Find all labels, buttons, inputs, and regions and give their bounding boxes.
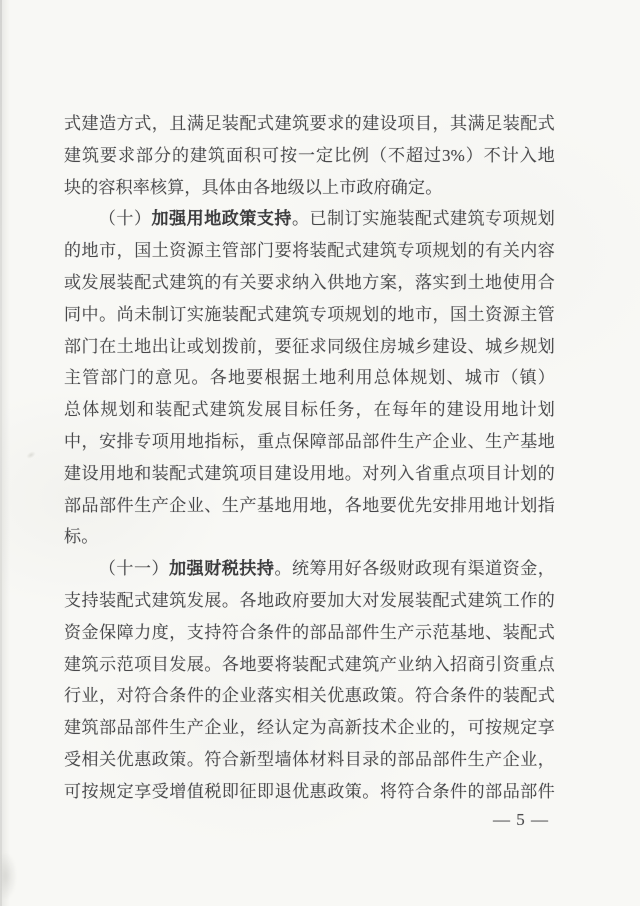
text-line: 部品部件生产企业、生产基地用地，各地要优先安排用地计划指 [64,490,555,522]
scan-edge-shadow [2,0,10,906]
text-line: 行业，对符合条件的企业落实相关优惠政策。符合条件的装配式 [64,680,555,712]
text-line: 的地市，国土资源主管部门要将装配式建筑专项规划的有关内容 [64,235,555,267]
text-line: 可按规定享受增值税即征即退优惠政策。将符合条件的部品部件 [64,776,555,808]
paragraph-text: 。统筹用好各级财政现有渠道资金， [274,559,555,578]
text-line: 建筑示范项目发展。各地要将装配式建筑产业纳入招商引资重点 [64,649,555,681]
paragraph-text: 。已制订实施装配式建筑专项规划 [292,209,555,228]
text-line: 建筑部品部件生产企业，经认定为高新技术企业的，可按规定享 [64,712,555,744]
text-line: 资金保障力度，支持符合条件的部品部件生产示范基地、装配式 [64,617,555,649]
paragraph-text: 建筑要求部分的建筑面积可按一定比例（不超过3%）不计入地 [64,146,555,165]
paragraph-text: 受相关优惠政策。符合新型墙体材料目录的部品部件生产企业， [64,750,555,769]
text-line: （十一）加强财税扶持。统筹用好各级财政现有渠道资金， [64,553,555,585]
scanned-document-page: 式建造方式，且满足装配式建筑要求的建设项目，其满足装配式建筑要求部分的建筑面积可… [0,0,640,906]
text-line: 部门在土地出让或划拨前，要征求同级住房城乡建设、城乡规划 [64,331,555,363]
paragraph-text: 部品部件生产企业、生产基地用地，各地要优先安排用地计划指 [64,496,555,515]
text-line: 或发展装配式建筑的有关要求纳入供地方案，落实到土地使用合 [64,267,555,299]
paragraph-text: 资金保障力度，支持符合条件的部品部件生产示范基地、装配式 [64,623,555,642]
text-line: 块的容积率核算，具体由各地级以上市政府确定。 [64,172,555,204]
text-line: 建设用地和装配式建筑项目建设用地。对列入省重点项目计划的 [64,458,555,490]
paragraph-text: 式建造方式，且满足装配式建筑要求的建设项目，其满足装配式 [64,114,555,133]
text-line: 式建造方式，且满足装配式建筑要求的建设项目，其满足装配式 [64,108,555,140]
paragraph-text: 或发展装配式建筑的有关要求纳入供地方案，落实到土地使用合 [64,273,555,292]
text-line: 建筑要求部分的建筑面积可按一定比例（不超过3%）不计入地 [64,140,555,172]
paragraph-text: 行业，对符合条件的企业落实相关优惠政策。符合条件的装配式 [64,686,555,705]
paragraph-number: （十一） [99,559,169,578]
text-line: 支持装配式建筑发展。各地政府要加大对发展装配式建筑工作的 [64,585,555,617]
paragraph-text: 标。 [64,527,98,546]
paragraph-text: 同中。尚未制订实施装配式建筑专项规划的地市，国土资源主管 [64,305,555,324]
paragraph-text: 主管部门的意见。各地要根据土地利用总体规划、城市（镇） [64,368,555,387]
paragraph-text: 建设用地和装配式建筑项目建设用地。对列入省重点项目计划的 [64,464,555,483]
paragraph-heading: 加强财税扶持 [169,559,274,578]
paragraph-text: 总体规划和装配式建筑发展目标任务，在每年的建设用地计划 [64,400,555,419]
text-line: 主管部门的意见。各地要根据土地利用总体规划、城市（镇） [64,362,555,394]
document-body: 式建造方式，且满足装配式建筑要求的建设项目，其满足装配式建筑要求部分的建筑面积可… [64,108,555,808]
paragraph-text: 可按规定享受增值税即征即退优惠政策。将符合条件的部品部件 [64,782,555,801]
paragraph-number: （十） [99,209,152,228]
paragraph-text: 块的容积率核算，具体由各地级以上市政府确定。 [64,178,442,197]
paragraph-text: 支持装配式建筑发展。各地政府要加大对发展装配式建筑工作的 [64,591,555,610]
paragraph-heading: 加强用地政策支持 [152,209,292,228]
page-number: — 5 — [493,808,549,832]
text-line: （十）加强用地政策支持。已制订实施装配式建筑专项规划 [64,203,555,235]
text-line: 总体规划和装配式建筑发展目标任务，在每年的建设用地计划 [64,394,555,426]
paragraph-text: 中，安排专项用地指标，重点保障部品部件生产企业、生产基地 [64,432,555,451]
text-line: 同中。尚未制订实施装配式建筑专项规划的地市，国土资源主管 [64,299,555,331]
text-line: 标。 [64,521,555,553]
paragraph-text: 建筑部品部件生产企业，经认定为高新技术企业的，可按规定享 [64,718,555,737]
scan-speck [25,450,37,460]
paragraph-text: 的地市，国土资源主管部门要将装配式建筑专项规划的有关内容 [64,241,555,260]
paragraph-text: 部门在土地出让或划拨前，要征求同级住房城乡建设、城乡规划 [64,337,555,356]
text-line: 中，安排专项用地指标，重点保障部品部件生产企业、生产基地 [64,426,555,458]
text-line: 受相关优惠政策。符合新型墙体材料目录的部品部件生产企业， [64,744,555,776]
scan-smudge [1,852,17,900]
paragraph-text: 建筑示范项目发展。各地要将装配式建筑产业纳入招商引资重点 [64,655,555,674]
